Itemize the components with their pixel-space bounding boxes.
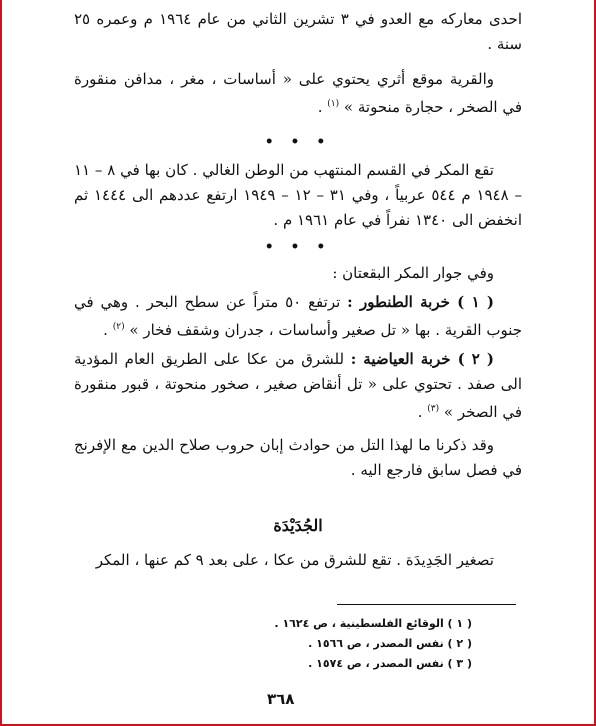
list-item-1-label: ( ١ ) خربة الطنطور : <box>347 293 494 311</box>
footnote-divider <box>337 604 516 605</box>
footnote-3: ( ٣ ) نفس المصدر ، ص ١٥٧٤ . <box>292 654 472 674</box>
footnote-ref-3[interactable]: (٣) <box>427 404 439 414</box>
section-separator-1: • • • <box>74 132 522 152</box>
paragraph-5: وقد ذكرنا ما لهذا التل من حوادث إبان حرو… <box>74 433 522 483</box>
document-body: احدى معاركه مع العدو في ٣ تشرين الثاني م… <box>74 0 522 573</box>
page-frame: احدى معاركه مع العدو في ٣ تشرين الثاني م… <box>0 0 596 726</box>
paragraph-1: احدى معاركه مع العدو في ٣ تشرين الثاني م… <box>74 7 522 57</box>
footnote-ref-2[interactable]: (٢) <box>113 322 125 332</box>
list-item-1-end: . <box>103 321 108 339</box>
footnote-1: ( ١ ) الوقائع الفلسطينية ، ص ١٦٢٤ . <box>292 614 472 634</box>
list-item-2-label: ( ٢ ) خربة العياضية : <box>351 350 494 368</box>
paragraph-4: وفي جوار المكر البقعتان : <box>74 261 522 286</box>
footnotes: ( ١ ) الوقائع الفلسطينية ، ص ١٦٢٤ . ( ٢ … <box>292 614 472 674</box>
paragraph-2-end: . <box>318 98 323 116</box>
paragraph-6: تصغير الجَدِيدَة . تقع للشرق من عكا ، عل… <box>74 548 522 573</box>
section-heading: الجُدَيْدَة <box>74 513 522 538</box>
paragraph-2: والقرية موقع أثري يحتوي على « أساسات ، م… <box>74 67 522 120</box>
footnote-2: ( ٢ ) نفس المصدر ، ص ١٥٦٦ . <box>292 634 472 654</box>
list-item-1: ( ١ ) خربة الطنطور : ترتفع ٥٠ متراً عن س… <box>74 290 522 343</box>
section-separator-2: • • • <box>74 237 522 257</box>
page-number: ٣٦٨ <box>267 690 294 708</box>
paragraph-3: تقع المكر في القسم المنتهب من الوطن الغا… <box>74 158 522 233</box>
list-item-2-end: . <box>418 403 423 421</box>
paragraph-2-text: والقرية موقع أثري يحتوي على « أساسات ، م… <box>74 70 522 116</box>
list-item-2: ( ٢ ) خربة العياضية : للشرق من عكا على ا… <box>74 347 522 425</box>
footnote-ref-1[interactable]: (١) <box>327 99 339 109</box>
